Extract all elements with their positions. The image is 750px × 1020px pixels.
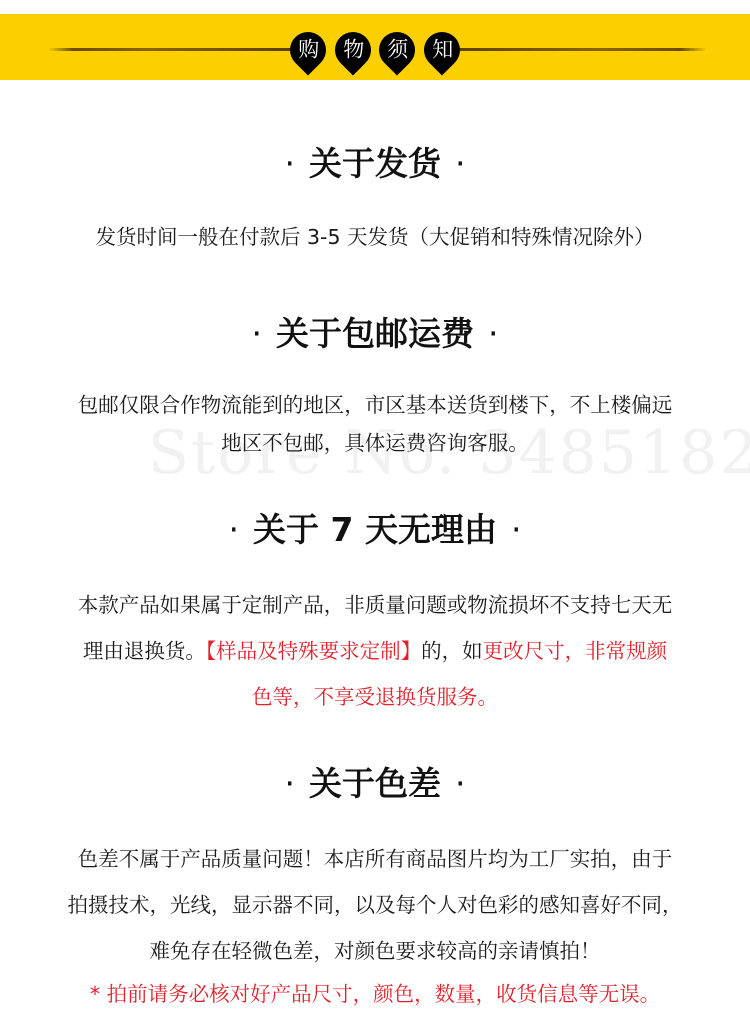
body-line-warning: * 拍前请务必核对好产品尺寸，颜色，数量，收货信息等无误。 [20, 974, 730, 1014]
warning-text: * 拍前请务必核对好产品尺寸，颜色，数量，收货信息等无误。 [90, 982, 660, 1006]
bullet-dot: · [285, 144, 296, 183]
section-title-7-day-return: ·关于 7 天无理由· [0, 504, 750, 551]
body-text: 地区不包邮，具体运费咨询客服。 [221, 431, 529, 455]
section-body-shipping: 发货时间一般在付款后 3-5 天发货（大促销和特殊情况除外） [20, 214, 730, 260]
title-char-badge: 知 [417, 25, 468, 76]
body-line: 难免存在轻微色差，对颜色要求较高的亲请慎拍！ [20, 928, 730, 974]
section-title-text: 关于 7 天无理由 [253, 510, 497, 549]
body-line: 拍摄技术，光线，显示器不同，以及每个人对色彩的感知喜好不同， [20, 882, 730, 928]
body-line: 地区不包邮，具体运费咨询客服。 [20, 424, 730, 462]
title-char-badge: 物 [327, 25, 378, 76]
highlight-text: 色等，不享受退换货服务。 [252, 685, 498, 709]
bullet-dot: · [455, 144, 466, 183]
section-body-free-shipping: 包邮仅限合作物流能到的地区，市区基本送货到楼下，不上楼偏远 地区不包邮，具体运费… [20, 386, 730, 462]
shopping-notice-banner: 购 物 须 知 [0, 14, 750, 80]
body-line: 发货时间一般在付款后 3-5 天发货（大促销和特殊情况除外） [20, 214, 730, 260]
body-line: 理由退换货。【样品及特殊要求定制】的，如更改尺寸，非常规颜 [20, 628, 730, 674]
section-title-color-difference: ·关于色差· [0, 758, 750, 805]
banner-divider-right [442, 48, 707, 51]
banner-divider-left [48, 48, 298, 51]
bullet-dot: · [285, 764, 296, 803]
title-char: 须 [387, 40, 408, 61]
body-text: 难免存在轻微色差，对颜色要求较高的亲请慎拍！ [150, 939, 601, 963]
section-title-free-shipping: ·关于包邮运费· [0, 308, 750, 355]
body-text: 色差不属于产品质量问题！本店所有商品图片均为工厂实拍，由于 [78, 847, 673, 871]
body-line: 色差不属于产品质量问题！本店所有商品图片均为工厂实拍，由于 [20, 836, 730, 882]
title-char: 知 [431, 40, 452, 61]
bullet-dot: · [488, 314, 499, 353]
title-char: 物 [342, 40, 363, 61]
bullet-dot: · [229, 510, 240, 549]
body-line: 色等，不享受退换货服务。 [20, 674, 730, 720]
body-line: 本款产品如果属于定制产品，非质量问题或物流损坏不支持七天无 [20, 582, 730, 628]
bullet-dot: · [252, 314, 263, 353]
highlight-text: 【样品及特殊要求定制】 [206, 639, 421, 663]
body-text: 本款产品如果属于定制产品，非质量问题或物流损坏不支持七天无 [78, 593, 673, 617]
banner-title: 购 物 须 知 [290, 30, 460, 70]
section-title-text: 关于发货 [309, 144, 441, 183]
section-title-text: 关于色差 [309, 764, 441, 803]
section-title-text: 关于包邮运费 [276, 314, 474, 353]
section-body-color-difference: 色差不属于产品质量问题！本店所有商品图片均为工厂实拍，由于 拍摄技术，光线，显示… [20, 836, 730, 1014]
section-title-shipping: ·关于发货· [0, 138, 750, 185]
bullet-dot: · [511, 510, 522, 549]
body-line: 包邮仅限合作物流能到的地区，市区基本送货到楼下，不上楼偏远 [20, 386, 730, 424]
body-text: 发货时间一般在付款后 3-5 天发货（大促销和特殊情况除外） [95, 225, 654, 249]
body-text: 拍摄技术，光线，显示器不同，以及每个人对色彩的感知喜好不同， [68, 893, 683, 917]
body-text: 理由退换货。 [83, 639, 206, 663]
title-char-badge: 购 [283, 25, 334, 76]
highlight-text: 更改尺寸，非常规颜 [483, 639, 668, 663]
section-body-7-day-return: 本款产品如果属于定制产品，非质量问题或物流损坏不支持七天无 理由退换货。【样品及… [20, 582, 730, 720]
body-text: 的，如 [421, 639, 483, 663]
bullet-dot: · [455, 764, 466, 803]
title-char: 购 [298, 40, 319, 61]
title-char-badge: 须 [372, 25, 423, 76]
body-text: 包邮仅限合作物流能到的地区，市区基本送货到楼下，不上楼偏远 [78, 393, 673, 417]
